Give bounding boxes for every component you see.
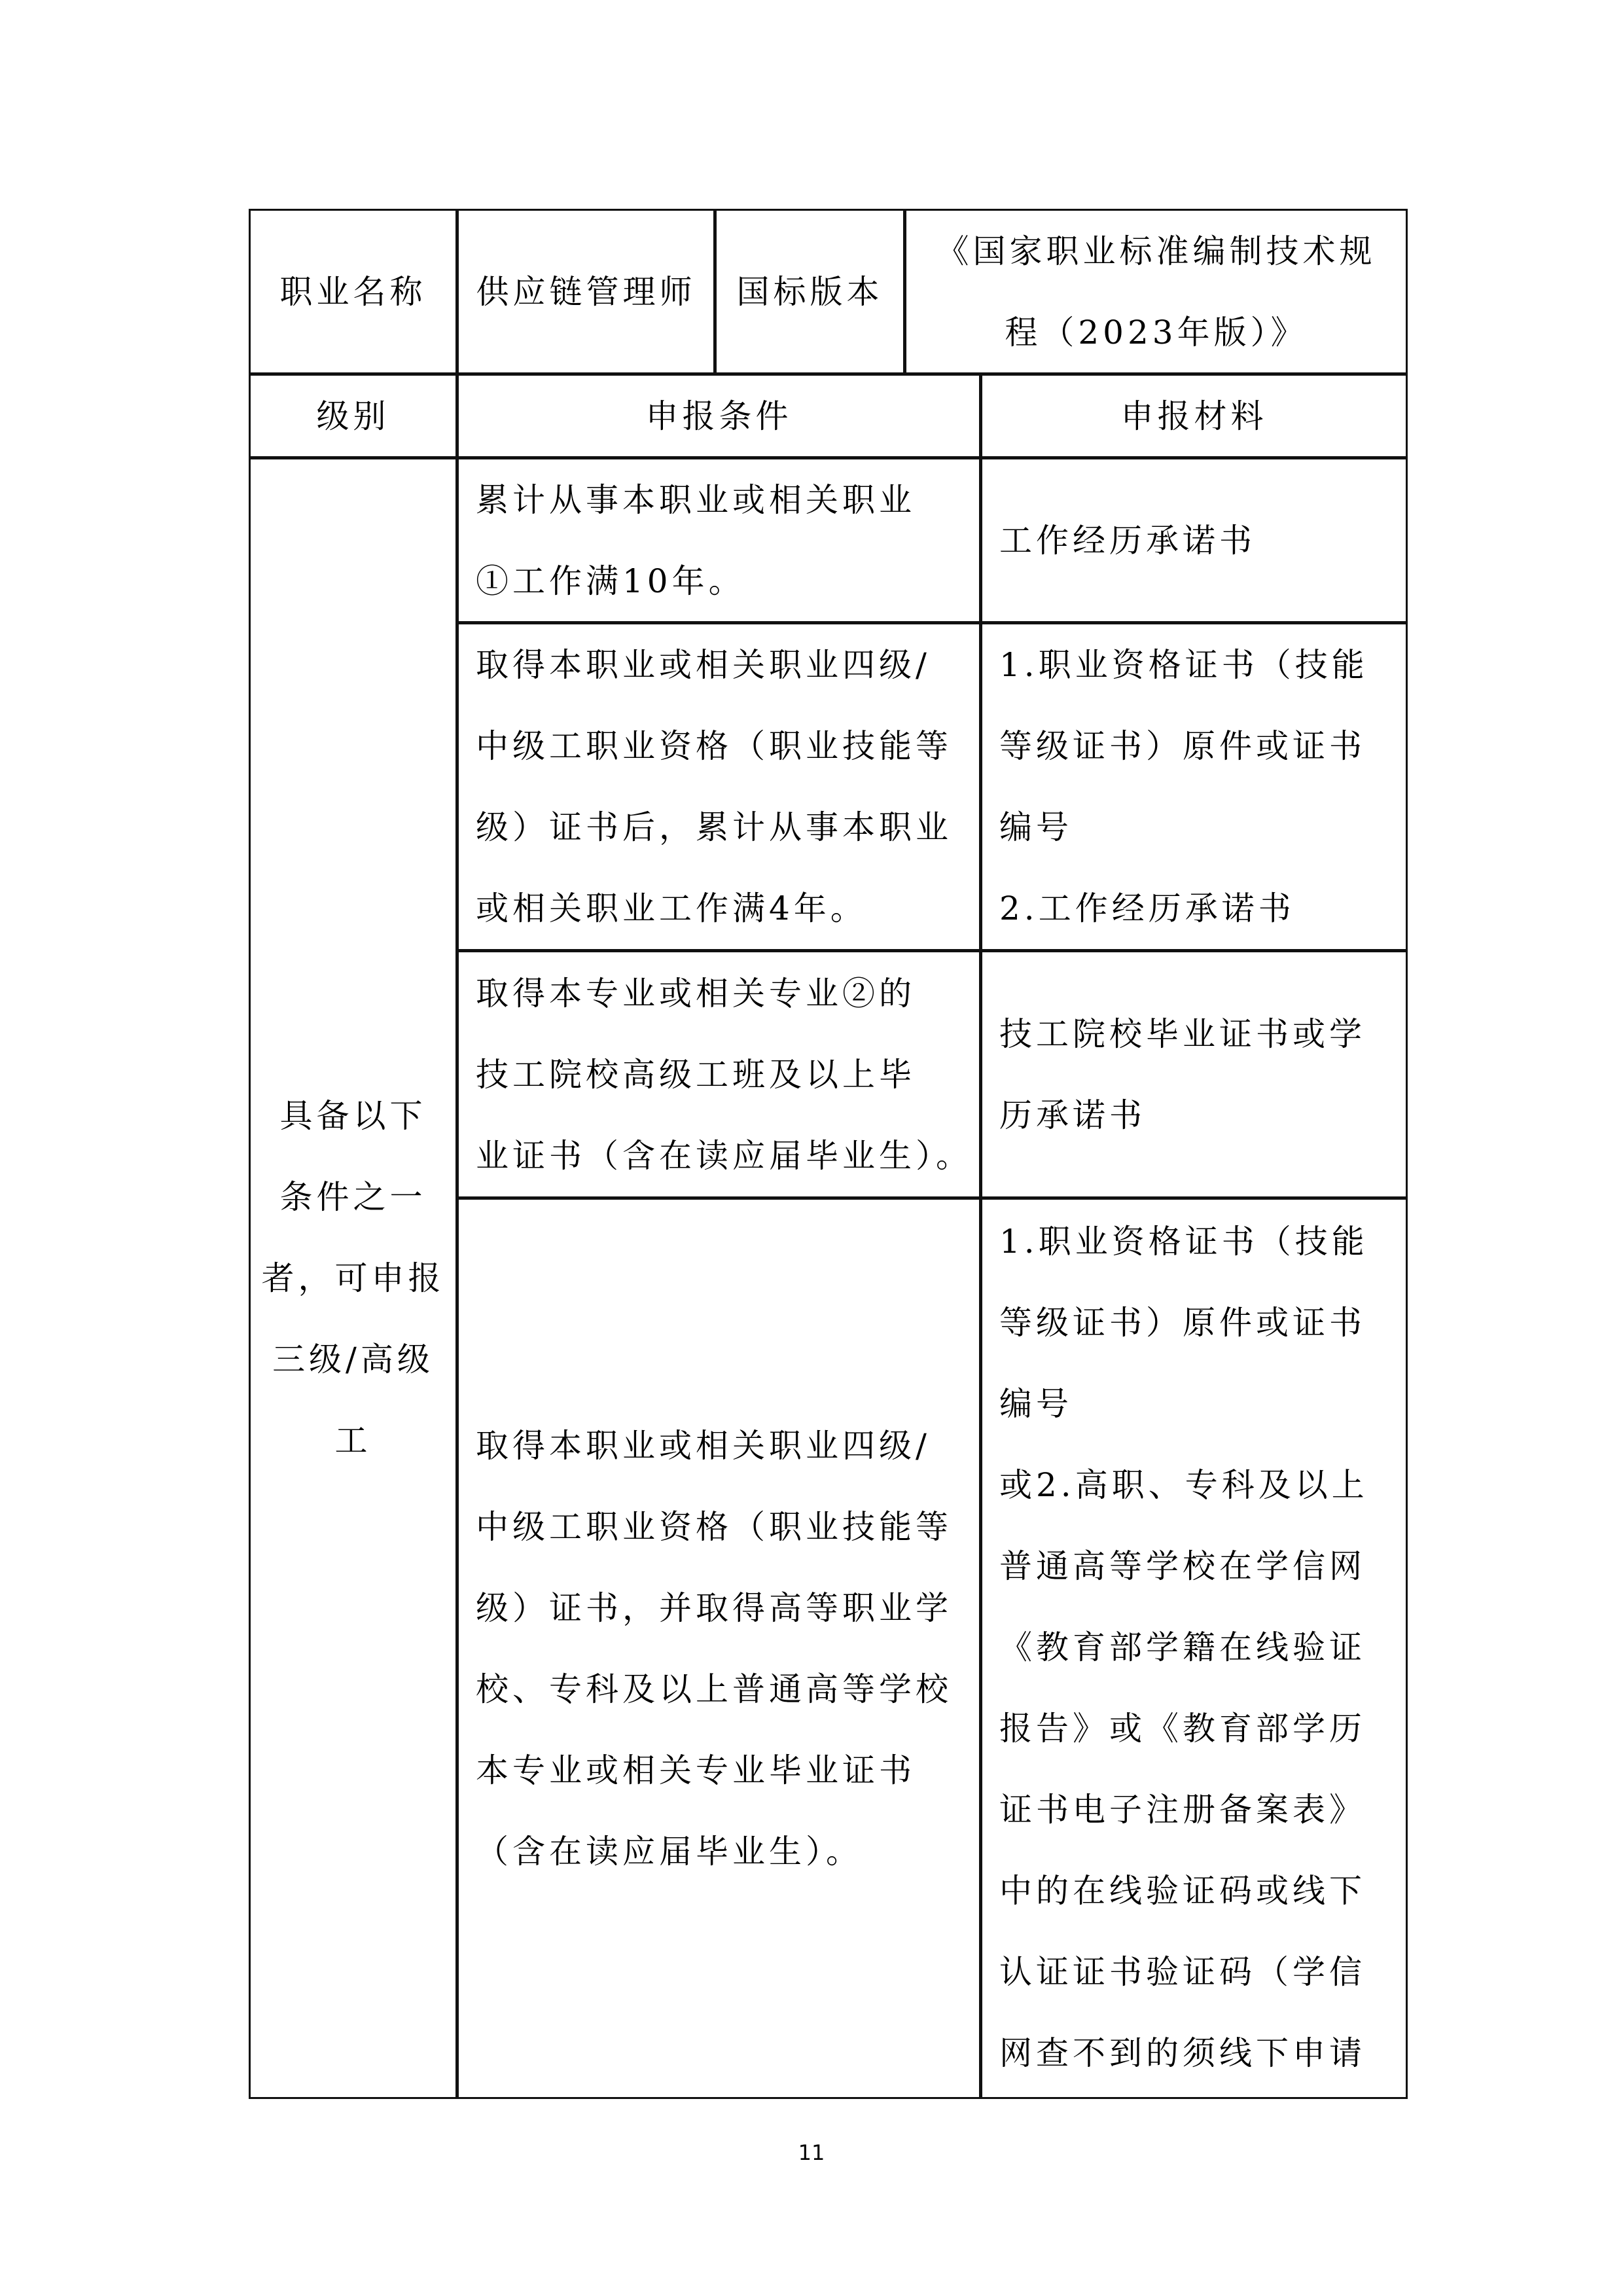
- condition-2-line-4: 或相关职业工作满4年。: [476, 868, 867, 949]
- condition-cell-3: 取得本专业或相关专业②的 技工院校高级工班及以上毕 业证书（含在读应届毕业生）。: [457, 950, 981, 1198]
- page-number: 11: [0, 2140, 1623, 2165]
- condition-3-line-3: 业证书（含在读应届毕业生）。: [476, 1115, 972, 1196]
- condition-4-line-5: 本专业或相关专业毕业证书: [476, 1730, 916, 1811]
- material-4-line-11: 网查不到的须线下申请: [999, 2013, 1366, 2094]
- level-header-label: 级别: [317, 376, 390, 457]
- material-cell-1: 工作经历承诺书: [980, 457, 1408, 623]
- material-4-line-8: 证书电子注册备案表》: [999, 1769, 1366, 1850]
- condition-cell-2: 取得本职业或相关职业四级/ 中级工职业资格（职业技能等 级）证书后，累计从事本职…: [457, 622, 981, 951]
- materials-header-label: 申报材料: [1121, 376, 1268, 457]
- material-4-line-10: 认证证书验证码（学信: [999, 1931, 1366, 2013]
- material-2-line-3: 编号: [999, 787, 1073, 868]
- level-line-1: 具备以下: [280, 1075, 427, 1157]
- version-value-cell: 《国家职业标准编制技术规 程（2023年版）》: [904, 209, 1408, 374]
- column-header-conditions: 申报条件: [457, 374, 981, 458]
- condition-3-line-1: 取得本专业或相关专业②的: [476, 953, 916, 1034]
- material-4-line-3: 编号: [999, 1363, 1073, 1444]
- material-cell-3: 技工院校毕业证书或学 历承诺书: [980, 950, 1408, 1198]
- material-4-line-6: 《教育部学籍在线验证: [999, 1607, 1366, 1688]
- version-value-line-1: 《国家职业标准编制技术规: [936, 211, 1376, 292]
- condition-4-line-2: 中级工职业资格（职业技能等: [476, 1486, 952, 1568]
- material-4-line-4: 或2.高职、专科及以上: [999, 1444, 1368, 1526]
- occupation-name-label-cell: 职业名称: [249, 209, 457, 374]
- material-2-line-4: 2.工作经历承诺书: [999, 868, 1295, 949]
- version-value-line-2: 程（2023年版）》: [1005, 292, 1307, 373]
- level-line-3: 者，可申报: [262, 1238, 445, 1319]
- document-page: 职业名称 供应链管理师 国标版本 《国家职业标准编制技术规 程（2023年版）》…: [0, 0, 1623, 2296]
- material-cell-2: 1.职业资格证书（技能 等级证书）原件或证书 编号 2.工作经历承诺书: [980, 622, 1408, 951]
- condition-cell-4: 取得本职业或相关职业四级/ 中级工职业资格（职业技能等 级）证书，并取得高等职业…: [457, 1198, 981, 2099]
- level-line-5: 工: [335, 1400, 372, 1481]
- condition-4-line-4: 校、专科及以上普通高等学校: [476, 1649, 952, 1730]
- condition-4-line-3: 级）证书，并取得高等职业学: [476, 1568, 952, 1649]
- condition-2-line-3: 级）证书后，累计从事本职业: [476, 787, 952, 868]
- condition-1-line-1: 累计从事本职业或相关职业: [476, 459, 916, 541]
- occupation-name-label: 职业名称: [280, 251, 427, 332]
- condition-2-line-1: 取得本职业或相关职业四级/: [476, 624, 931, 706]
- material-2-line-2: 等级证书）原件或证书: [999, 706, 1366, 787]
- column-header-level: 级别: [249, 374, 457, 458]
- level-cell: 具备以下 条件之一 者，可申报 三级/高级 工: [249, 457, 457, 2099]
- condition-2-line-2: 中级工职业资格（职业技能等: [476, 706, 952, 787]
- material-3-line-1: 技工院校毕业证书或学: [999, 994, 1366, 1075]
- level-line-4: 三级/高级: [272, 1319, 434, 1400]
- condition-3-line-2: 技工院校高级工班及以上毕: [476, 1034, 916, 1115]
- material-4-line-1: 1.职业资格证书（技能: [999, 1201, 1368, 1282]
- column-header-materials: 申报材料: [980, 374, 1408, 458]
- level-line-2: 条件之一: [280, 1157, 427, 1238]
- material-4-line-2: 等级证书）原件或证书: [999, 1282, 1366, 1363]
- version-label: 国标版本: [737, 251, 883, 332]
- version-label-cell: 国标版本: [715, 209, 905, 374]
- material-1-line-1: 工作经历承诺书: [999, 500, 1256, 581]
- material-2-line-1: 1.职业资格证书（技能: [999, 624, 1368, 706]
- occupation-name-value-cell: 供应链管理师: [457, 209, 715, 374]
- material-cell-4: 1.职业资格证书（技能 等级证书）原件或证书 编号 或2.高职、专科及以上 普通…: [980, 1198, 1408, 2099]
- material-4-line-5: 普通高等学校在学信网: [999, 1526, 1366, 1607]
- material-3-line-2: 历承诺书: [999, 1075, 1146, 1156]
- application-conditions-table: 职业名称 供应链管理师 国标版本 《国家职业标准编制技术规 程（2023年版）》…: [249, 209, 1408, 2099]
- condition-4-line-6: （含在读应届毕业生）。: [476, 1811, 863, 1892]
- conditions-header-label: 申报条件: [646, 376, 793, 457]
- condition-4-line-1: 取得本职业或相关职业四级/: [476, 1405, 931, 1486]
- condition-cell-1: 累计从事本职业或相关职业 ①工作满10年。: [457, 457, 981, 623]
- material-4-line-7: 报告》或《教育部学历: [999, 1688, 1366, 1769]
- occupation-name-value: 供应链管理师: [476, 251, 696, 332]
- condition-1-line-2: ①工作满10年。: [476, 541, 745, 622]
- material-4-line-9: 中的在线验证码或线下: [999, 1850, 1366, 1931]
